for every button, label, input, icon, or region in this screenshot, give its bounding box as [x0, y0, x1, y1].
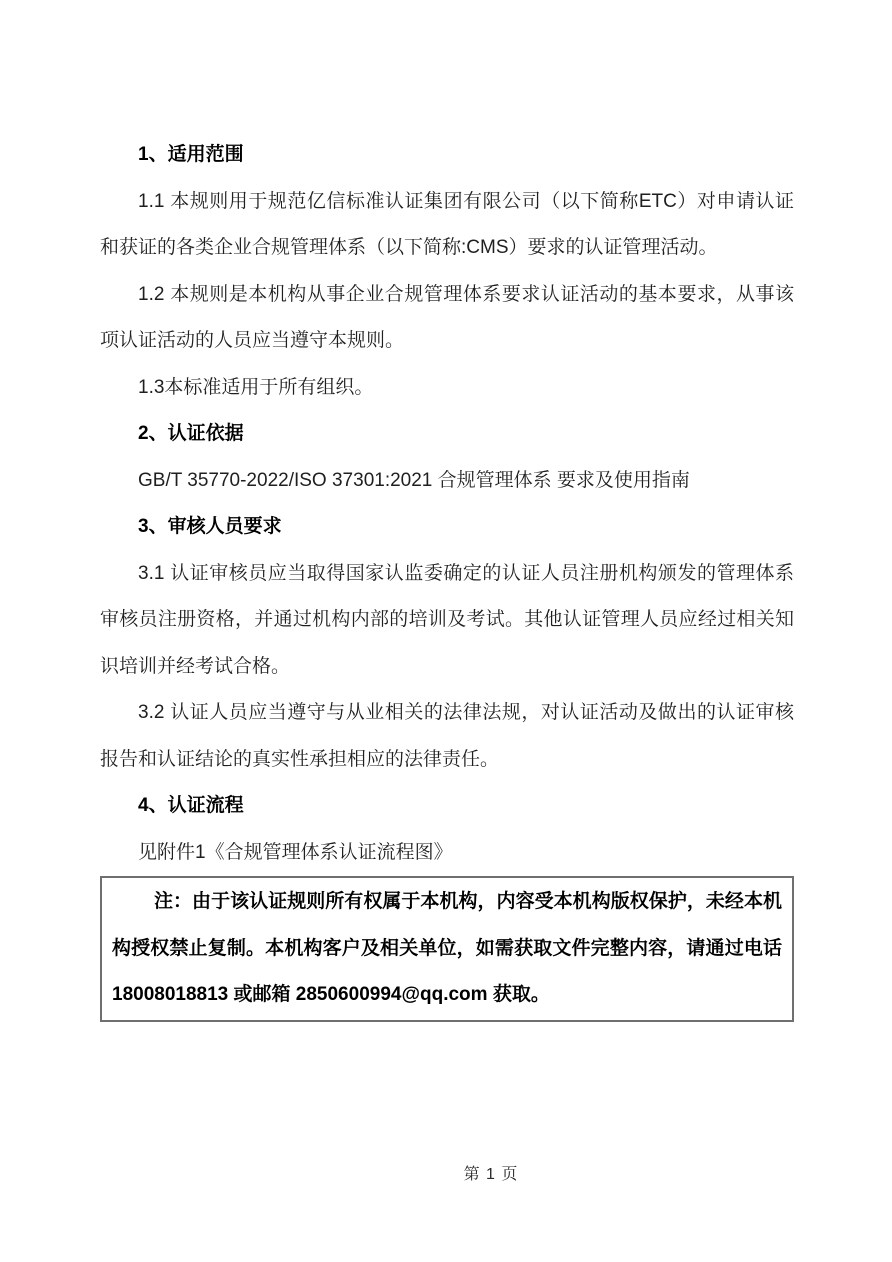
section-heading-process: 4、认证流程 — [100, 783, 794, 830]
section-heading-auditor-requirements: 3、审核人员要求 — [100, 504, 794, 551]
paragraph-3-1: 3.1 认证审核员应当取得国家认监委确定的认证人员注册机构颁发的管理体系审核员注… — [100, 551, 794, 691]
section-heading-basis: 2、认证依据 — [100, 411, 794, 458]
document-page: 1、适用范围 1.1 本规则用于规范亿信标准认证集团有限公司（以下简称ETC）对… — [0, 0, 892, 1262]
paragraph-2-1: GB/T 35770-2022/ISO 37301:2021 合规管理体系 要求… — [100, 458, 794, 505]
page-number: 第 1 页 — [0, 1161, 892, 1184]
paragraph-1-1: 1.1 本规则用于规范亿信标准认证集团有限公司（以下简称ETC）对申请认证和获证… — [100, 179, 794, 272]
paragraph-4-1: 见附件1《合规管理体系认证流程图》 — [100, 830, 794, 877]
paragraph-1-3: 1.3本标准适用于所有组织。 — [100, 365, 794, 412]
page-number-text: 第 1 页 — [464, 1166, 519, 1183]
paragraph-1-2: 1.2 本规则是本机构从事企业合规管理体系要求认证活动的基本要求，从事该项认证活… — [100, 272, 794, 365]
paragraph-3-2: 3.2 认证人员应当遵守与从业相关的法律法规，对认证活动及做出的认证审核报告和认… — [100, 690, 794, 783]
copyright-notice-text: 注：由于该认证规则所有权属于本机构，内容受本机构版权保护，未经本机构授权禁止复制… — [112, 879, 782, 1019]
document-body: 1、适用范围 1.1 本规则用于规范亿信标准认证集团有限公司（以下简称ETC）对… — [100, 132, 794, 876]
section-heading-scope: 1、适用范围 — [100, 132, 794, 179]
copyright-notice-box: 注：由于该认证规则所有权属于本机构，内容受本机构版权保护，未经本机构授权禁止复制… — [100, 876, 794, 1022]
